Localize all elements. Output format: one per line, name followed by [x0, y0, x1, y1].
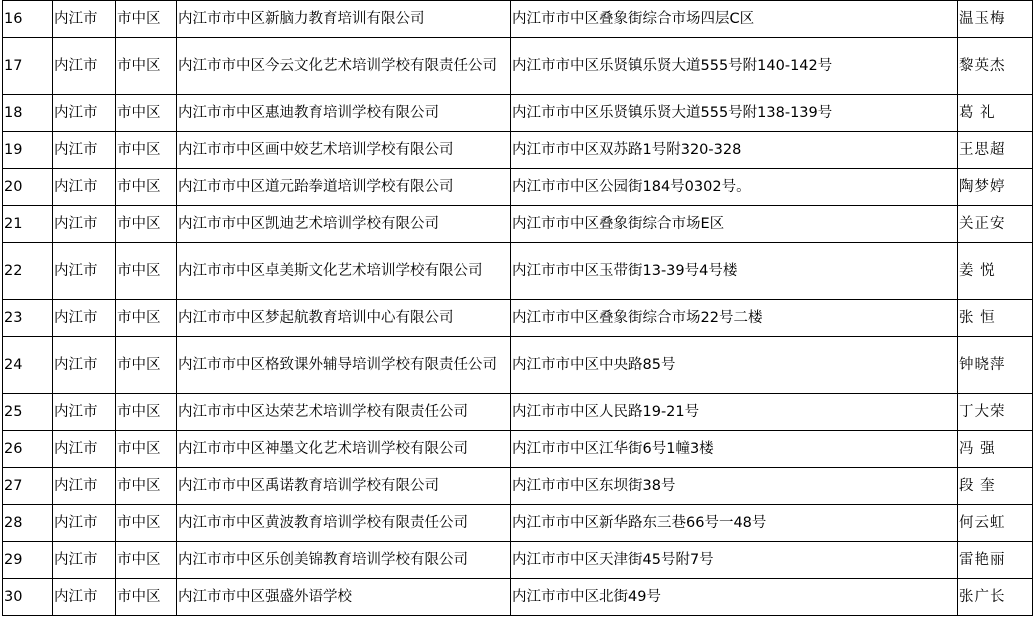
district-cell: 市中区: [116, 431, 177, 468]
district-cell: 市中区: [116, 38, 177, 95]
row-index: 22: [3, 243, 53, 300]
address-cell: 内江市市中区双苏路1号附320-328: [511, 132, 958, 169]
institution-name-cell: 内江市市中区强盛外语学校: [177, 579, 511, 616]
row-index: 24: [3, 337, 53, 394]
table-row: 28 内江市 市中区 内江市市中区黄波教育培训学校有限责任公司 内江市市中区新华…: [3, 505, 1033, 542]
address-cell: 内江市市中区北街49号: [511, 579, 958, 616]
district-cell: 市中区: [116, 337, 177, 394]
person-in-charge-cell: 何云虹: [958, 505, 1033, 542]
table-row: 19 内江市 市中区 内江市市中区画中姣艺术培训学校有限公司 内江市市中区双苏路…: [3, 132, 1033, 169]
row-index: 20: [3, 169, 53, 206]
person-in-charge-cell: 段 奎: [958, 468, 1033, 505]
person-in-charge-cell: 雷艳丽: [958, 542, 1033, 579]
table-row: 22 内江市 市中区 内江市市中区卓美斯文化艺术培训学校有限公司 内江市市中区玉…: [3, 243, 1033, 300]
district-cell: 市中区: [116, 243, 177, 300]
institution-name-cell: 内江市市中区道元跆拳道培训学校有限公司: [177, 169, 511, 206]
row-index: 18: [3, 95, 53, 132]
person-in-charge-cell: 温玉梅: [958, 1, 1033, 38]
table-row: 25 内江市 市中区 内江市市中区达荣艺术培训学校有限责任公司 内江市市中区人民…: [3, 394, 1033, 431]
table-row: 17 内江市 市中区 内江市市中区今云文化艺术培训学校有限责任公司 内江市市中区…: [3, 38, 1033, 95]
institution-name-cell: 内江市市中区神墨文化艺术培训学校有限公司: [177, 431, 511, 468]
institution-name-cell: 内江市市中区格致课外辅导培训学校有限责任公司: [177, 337, 511, 394]
table-row: 24 内江市 市中区 内江市市中区格致课外辅导培训学校有限责任公司 内江市市中区…: [3, 337, 1033, 394]
city-cell: 内江市: [53, 579, 116, 616]
address-cell: 内江市市中区中央路85号: [511, 337, 958, 394]
institution-name-cell: 内江市市中区今云文化艺术培训学校有限责任公司: [177, 38, 511, 95]
institution-name-cell: 内江市市中区新脑力教育培训有限公司: [177, 1, 511, 38]
address-cell: 内江市市中区公园街184号0302号。: [511, 169, 958, 206]
city-cell: 内江市: [53, 206, 116, 243]
address-cell: 内江市市中区叠象街综合市场E区: [511, 206, 958, 243]
city-cell: 内江市: [53, 169, 116, 206]
person-in-charge-cell: 陶梦婷: [958, 169, 1033, 206]
city-cell: 内江市: [53, 505, 116, 542]
table-row: 29 内江市 市中区 内江市市中区乐创美锦教育培训学校有限公司 内江市市中区天津…: [3, 542, 1033, 579]
institution-name-cell: 内江市市中区黄波教育培训学校有限责任公司: [177, 505, 511, 542]
district-cell: 市中区: [116, 1, 177, 38]
table-row: 26 内江市 市中区 内江市市中区神墨文化艺术培训学校有限公司 内江市市中区江华…: [3, 431, 1033, 468]
institution-name-cell: 内江市市中区画中姣艺术培训学校有限公司: [177, 132, 511, 169]
district-cell: 市中区: [116, 542, 177, 579]
table-row: 30 内江市 市中区 内江市市中区强盛外语学校 内江市市中区北街49号 张广长: [3, 579, 1033, 616]
district-cell: 市中区: [116, 468, 177, 505]
city-cell: 内江市: [53, 542, 116, 579]
address-cell: 内江市市中区天津街45号附7号: [511, 542, 958, 579]
institution-name-cell: 内江市市中区禹诺教育培训学校有限公司: [177, 468, 511, 505]
institution-name-cell: 内江市市中区梦起航教育培训中心有限公司: [177, 300, 511, 337]
person-in-charge-cell: 钟晓萍: [958, 337, 1033, 394]
row-index: 26: [3, 431, 53, 468]
table-row: 16 内江市 市中区 内江市市中区新脑力教育培训有限公司 内江市市中区叠象街综合…: [3, 1, 1033, 38]
city-cell: 内江市: [53, 132, 116, 169]
row-index: 27: [3, 468, 53, 505]
city-cell: 内江市: [53, 394, 116, 431]
table-row: 21 内江市 市中区 内江市市中区凯迪艺术培训学校有限公司 内江市市中区叠象街综…: [3, 206, 1033, 243]
address-cell: 内江市市中区叠象街综合市场22号二楼: [511, 300, 958, 337]
district-cell: 市中区: [116, 394, 177, 431]
address-cell: 内江市市中区乐贤镇乐贤大道555号附138-139号: [511, 95, 958, 132]
table-row: 20 内江市 市中区 内江市市中区道元跆拳道培训学校有限公司 内江市市中区公园街…: [3, 169, 1033, 206]
city-cell: 内江市: [53, 243, 116, 300]
city-cell: 内江市: [53, 431, 116, 468]
address-cell: 内江市市中区乐贤镇乐贤大道555号附140-142号: [511, 38, 958, 95]
city-cell: 内江市: [53, 337, 116, 394]
table-body: 16 内江市 市中区 内江市市中区新脑力教育培训有限公司 内江市市中区叠象街综合…: [3, 1, 1033, 616]
district-cell: 市中区: [116, 505, 177, 542]
institution-name-cell: 内江市市中区卓美斯文化艺术培训学校有限公司: [177, 243, 511, 300]
person-in-charge-cell: 关正安: [958, 206, 1033, 243]
row-index: 29: [3, 542, 53, 579]
district-cell: 市中区: [116, 206, 177, 243]
city-cell: 内江市: [53, 300, 116, 337]
row-index: 17: [3, 38, 53, 95]
person-in-charge-cell: 姜 悦: [958, 243, 1033, 300]
row-index: 19: [3, 132, 53, 169]
row-index: 21: [3, 206, 53, 243]
institution-name-cell: 内江市市中区惠迪教育培训学校有限公司: [177, 95, 511, 132]
person-in-charge-cell: 丁大荣: [958, 394, 1033, 431]
institution-name-cell: 内江市市中区达荣艺术培训学校有限责任公司: [177, 394, 511, 431]
address-cell: 内江市市中区玉带街13-39号4号楼: [511, 243, 958, 300]
row-index: 23: [3, 300, 53, 337]
row-index: 25: [3, 394, 53, 431]
district-cell: 市中区: [116, 300, 177, 337]
district-cell: 市中区: [116, 579, 177, 616]
institution-name-cell: 内江市市中区凯迪艺术培训学校有限公司: [177, 206, 511, 243]
address-cell: 内江市市中区新华路东三巷66号一48号: [511, 505, 958, 542]
row-index: 16: [3, 1, 53, 38]
district-cell: 市中区: [116, 169, 177, 206]
table-row: 27 内江市 市中区 内江市市中区禹诺教育培训学校有限公司 内江市市中区东坝街3…: [3, 468, 1033, 505]
table-row: 18 内江市 市中区 内江市市中区惠迪教育培训学校有限公司 内江市市中区乐贤镇乐…: [3, 95, 1033, 132]
person-in-charge-cell: 黎英杰: [958, 38, 1033, 95]
table-row: 23 内江市 市中区 内江市市中区梦起航教育培训中心有限公司 内江市市中区叠象街…: [3, 300, 1033, 337]
city-cell: 内江市: [53, 1, 116, 38]
city-cell: 内江市: [53, 468, 116, 505]
district-cell: 市中区: [116, 132, 177, 169]
row-index: 30: [3, 579, 53, 616]
person-in-charge-cell: 王思超: [958, 132, 1033, 169]
city-cell: 内江市: [53, 38, 116, 95]
person-in-charge-cell: 张广长: [958, 579, 1033, 616]
row-index: 28: [3, 505, 53, 542]
district-cell: 市中区: [116, 95, 177, 132]
city-cell: 内江市: [53, 95, 116, 132]
person-in-charge-cell: 葛 礼: [958, 95, 1033, 132]
training-institution-table: 16 内江市 市中区 内江市市中区新脑力教育培训有限公司 内江市市中区叠象街综合…: [2, 0, 1033, 616]
address-cell: 内江市市中区东坝街38号: [511, 468, 958, 505]
address-cell: 内江市市中区叠象街综合市场四层C区: [511, 1, 958, 38]
person-in-charge-cell: 张 恒: [958, 300, 1033, 337]
institution-name-cell: 内江市市中区乐创美锦教育培训学校有限公司: [177, 542, 511, 579]
address-cell: 内江市市中区人民路19-21号: [511, 394, 958, 431]
person-in-charge-cell: 冯 强: [958, 431, 1033, 468]
address-cell: 内江市市中区江华街6号1幢3楼: [511, 431, 958, 468]
